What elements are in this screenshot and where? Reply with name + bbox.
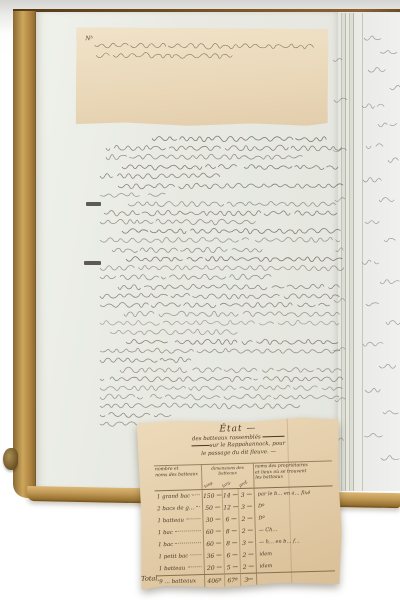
struck-text: ———	[191, 443, 209, 450]
note-handwriting	[76, 27, 329, 127]
col-header-owners: noms des propriétaires et lieux où se tr…	[254, 461, 333, 488]
total-label: Total,	[141, 574, 160, 583]
col-header-dimensions: dimensions des batteaux long. larg. prof…	[202, 464, 255, 490]
subcol-length: long.	[203, 479, 214, 489]
subtitle-text: sur le Rappahannock, pour	[210, 441, 286, 449]
subcol-width: larg.	[221, 479, 232, 488]
photographed-manuscript-book: Nᵇ État — des batteaux rassemblés ———— —…	[0, 0, 400, 600]
col-header-names: nombre et noms des batteaux	[154, 465, 203, 491]
note-superscript: Nᵇ	[85, 35, 93, 42]
pasted-note-slip: Nᵇ	[76, 27, 329, 127]
struck-text: ————	[262, 434, 284, 441]
boat-table-slip-wrap: État — des batteaux rassemblés ———— ——— …	[139, 419, 341, 587]
subcol-depth: prof.	[238, 479, 249, 488]
boats-table: nombre et noms des batteaux dimensions d…	[154, 460, 335, 588]
boat-table-slip: État — des batteaux rassemblés ———— ——— …	[137, 416, 344, 590]
